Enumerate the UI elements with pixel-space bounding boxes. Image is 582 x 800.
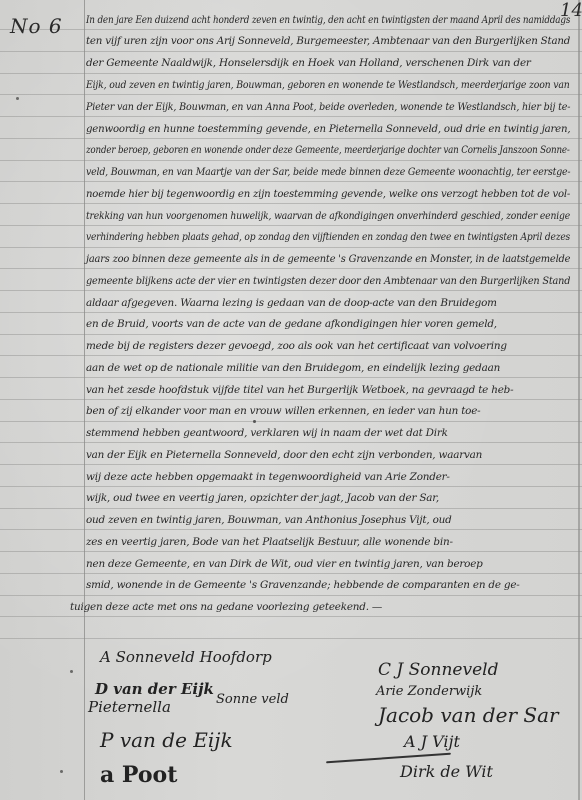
ruled-line: [0, 312, 582, 313]
text-line: In den jare Een duizend acht honderd zev…: [86, 14, 496, 26]
ruled-line: [0, 268, 582, 269]
text-line: aldaar afgegeven. Waarna lezing is gedaa…: [86, 297, 570, 309]
ruled-line: [0, 29, 582, 30]
ruled-line: [0, 73, 582, 74]
text-line: jaars zoo binnen deze gemeente als in de…: [86, 253, 545, 265]
ruled-line: [0, 225, 582, 226]
paper-speck: [60, 770, 63, 773]
ruled-line: [0, 442, 582, 443]
paper-speck: [253, 420, 256, 423]
text-line: der Gemeente Naaldwijk, Honselersdijk en…: [86, 57, 570, 69]
signature: A Sonneveld Hoofdorp: [100, 648, 272, 666]
paper-speck: [16, 97, 19, 100]
text-line: van der Eijk en Pieternella Sonneveld, d…: [86, 449, 570, 461]
signature: A J Vijt: [404, 732, 460, 751]
text-line: noemde hier bij tegenwoordig en zijn toe…: [86, 188, 556, 200]
ruled-line: [0, 290, 582, 291]
ruled-line: [0, 638, 582, 639]
ruled-line: [0, 247, 582, 248]
entry-number: No 6: [10, 14, 63, 38]
signature: C J Sonneveld: [378, 660, 498, 680]
text-line: stemmend hebben geantwoord, verklaren wi…: [86, 427, 570, 439]
signature: Pieternella: [88, 698, 171, 716]
ruled-line: [0, 551, 582, 552]
text-line: mede bij de registers dezer gevoegd, zoo…: [86, 340, 570, 352]
text-line: van het zesde hoofdstuk vijfde titel van…: [86, 384, 570, 396]
margin-rule-vertical: [84, 0, 85, 800]
text-line: ben of zij elkander voor man en vrouw wi…: [86, 405, 570, 417]
text-line: verhindering hebben plaats gehad, op zon…: [86, 231, 510, 243]
ruled-line: [0, 508, 582, 509]
page-edge-rule: [578, 0, 580, 800]
ruled-line: [0, 181, 582, 182]
ruled-line: [0, 355, 582, 356]
text-line: wijk, oud twee en veertig jaren, opzicht…: [86, 492, 570, 504]
text-line: Pieter van der Eijk, Bouwman, en van Ann…: [86, 101, 532, 113]
ruled-line: [0, 399, 582, 400]
ruled-line: [0, 377, 582, 378]
text-line: zonder beroep, geboren en wonende onder …: [86, 144, 492, 156]
text-line: zes en veertig jaren, Bode van het Plaat…: [86, 536, 570, 548]
text-line: genwoordig en hunne toestemming gevende,…: [86, 123, 559, 135]
ruled-line: [0, 94, 582, 95]
signature: Arie Zonderwijk: [376, 684, 482, 699]
signature: a Poot: [100, 762, 177, 788]
ruled-line: [0, 464, 582, 465]
text-line: en de Bruid, voorts van de acte van de g…: [86, 318, 570, 330]
ruled-line: [0, 616, 582, 617]
ruled-line: [0, 116, 582, 117]
text-line: aan de wet op de nationale militie van d…: [86, 362, 570, 374]
signature: Sonne veld: [216, 692, 289, 707]
ruled-line: [0, 421, 582, 422]
ruled-line: [0, 573, 582, 574]
signature: Jacob van der Sar: [378, 703, 559, 727]
text-line: ten vijf uren zijn voor ons Arij Sonneve…: [86, 35, 564, 47]
signature: P van de Eijk: [100, 728, 233, 752]
paper-speck: [70, 670, 73, 673]
ruled-line: [0, 138, 582, 139]
text-line: Eijk, oud zeven en twintig jaren, Bouwma…: [86, 79, 521, 91]
ruled-line: [0, 595, 582, 596]
text-line: gemeente blijkens acte der vier en twint…: [86, 275, 538, 287]
ruled-line: [0, 529, 582, 530]
ruled-line: [0, 203, 582, 204]
ruled-line: [0, 334, 582, 335]
ruled-line: [0, 51, 582, 52]
text-line: nen deze Gemeente, en van Dirk de Wit, o…: [86, 558, 570, 570]
text-line: smid, wonende in de Gemeente 's Gravenza…: [86, 579, 570, 591]
text-line: oud zeven en twintig jaren, Bouwman, van…: [86, 514, 570, 526]
signature: D van der Eijk: [95, 680, 214, 698]
ruled-line: [0, 486, 582, 487]
text-line: wij deze acte hebben opgemaakt in tegenw…: [86, 471, 570, 483]
signature: Dirk de Wit: [400, 762, 493, 781]
ruled-line: [0, 160, 582, 161]
text-line: tuigen deze acte met ons na gedane voorl…: [70, 601, 554, 613]
text-line: veld, Bouwman, en van Maartje van der Sa…: [86, 166, 524, 178]
document-page: No 6 14 In den jare Een duizend acht hon…: [0, 0, 582, 800]
text-line: trekking van hun voorgenomen huwelijk, w…: [86, 210, 516, 222]
